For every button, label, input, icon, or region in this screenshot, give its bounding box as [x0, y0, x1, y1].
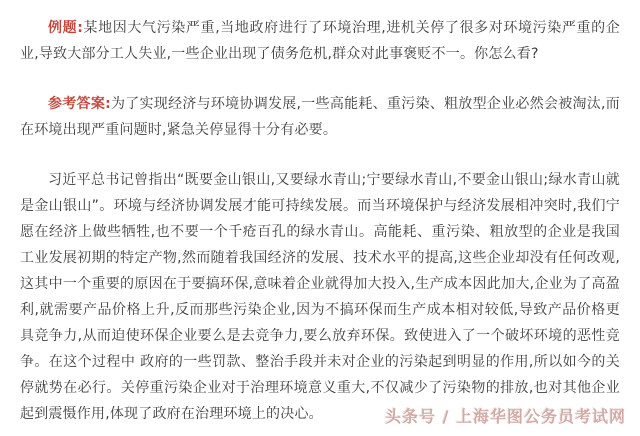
paragraph-reference-answer: 参考答案:为了实现经济与环境协调发展,一些高能耗、重污染、粗放型企业必然会被淘汰…: [20, 91, 620, 143]
article-page: 例题:某地因大气污染严重,当地政府进行了环境治理,进机关停了很多对环境污染严重的…: [0, 0, 640, 436]
paragraph-answer-body: 习近平总书记曾指出“既要金山银山,又要绿水青山;宁要绿水青山,不要金山银山;绿水…: [20, 167, 620, 427]
example-question-label: 例题:: [48, 20, 83, 36]
reference-answer-label: 参考答案:: [48, 96, 111, 112]
source-watermark: 头条号 / 上海华图公务员考试网: [385, 404, 626, 430]
paragraph-example-question: 例题:某地因大气污染严重,当地政府进行了环境治理,进机关停了很多对环境污染严重的…: [20, 15, 620, 67]
answer-body-text: 习近平总书记曾指出“既要金山银山,又要绿水青山;宁要绿水青山,不要金山银山;绿水…: [20, 172, 620, 422]
reference-answer-text: 为了实现经济与环境协调发展,一些高能耗、重污染、粗放型企业必然会被淘汰,而在环境…: [20, 96, 620, 138]
example-question-text: 某地因大气污染严重,当地政府进行了环境治理,进机关停了很多对环境污染严重的企业,…: [20, 20, 620, 62]
